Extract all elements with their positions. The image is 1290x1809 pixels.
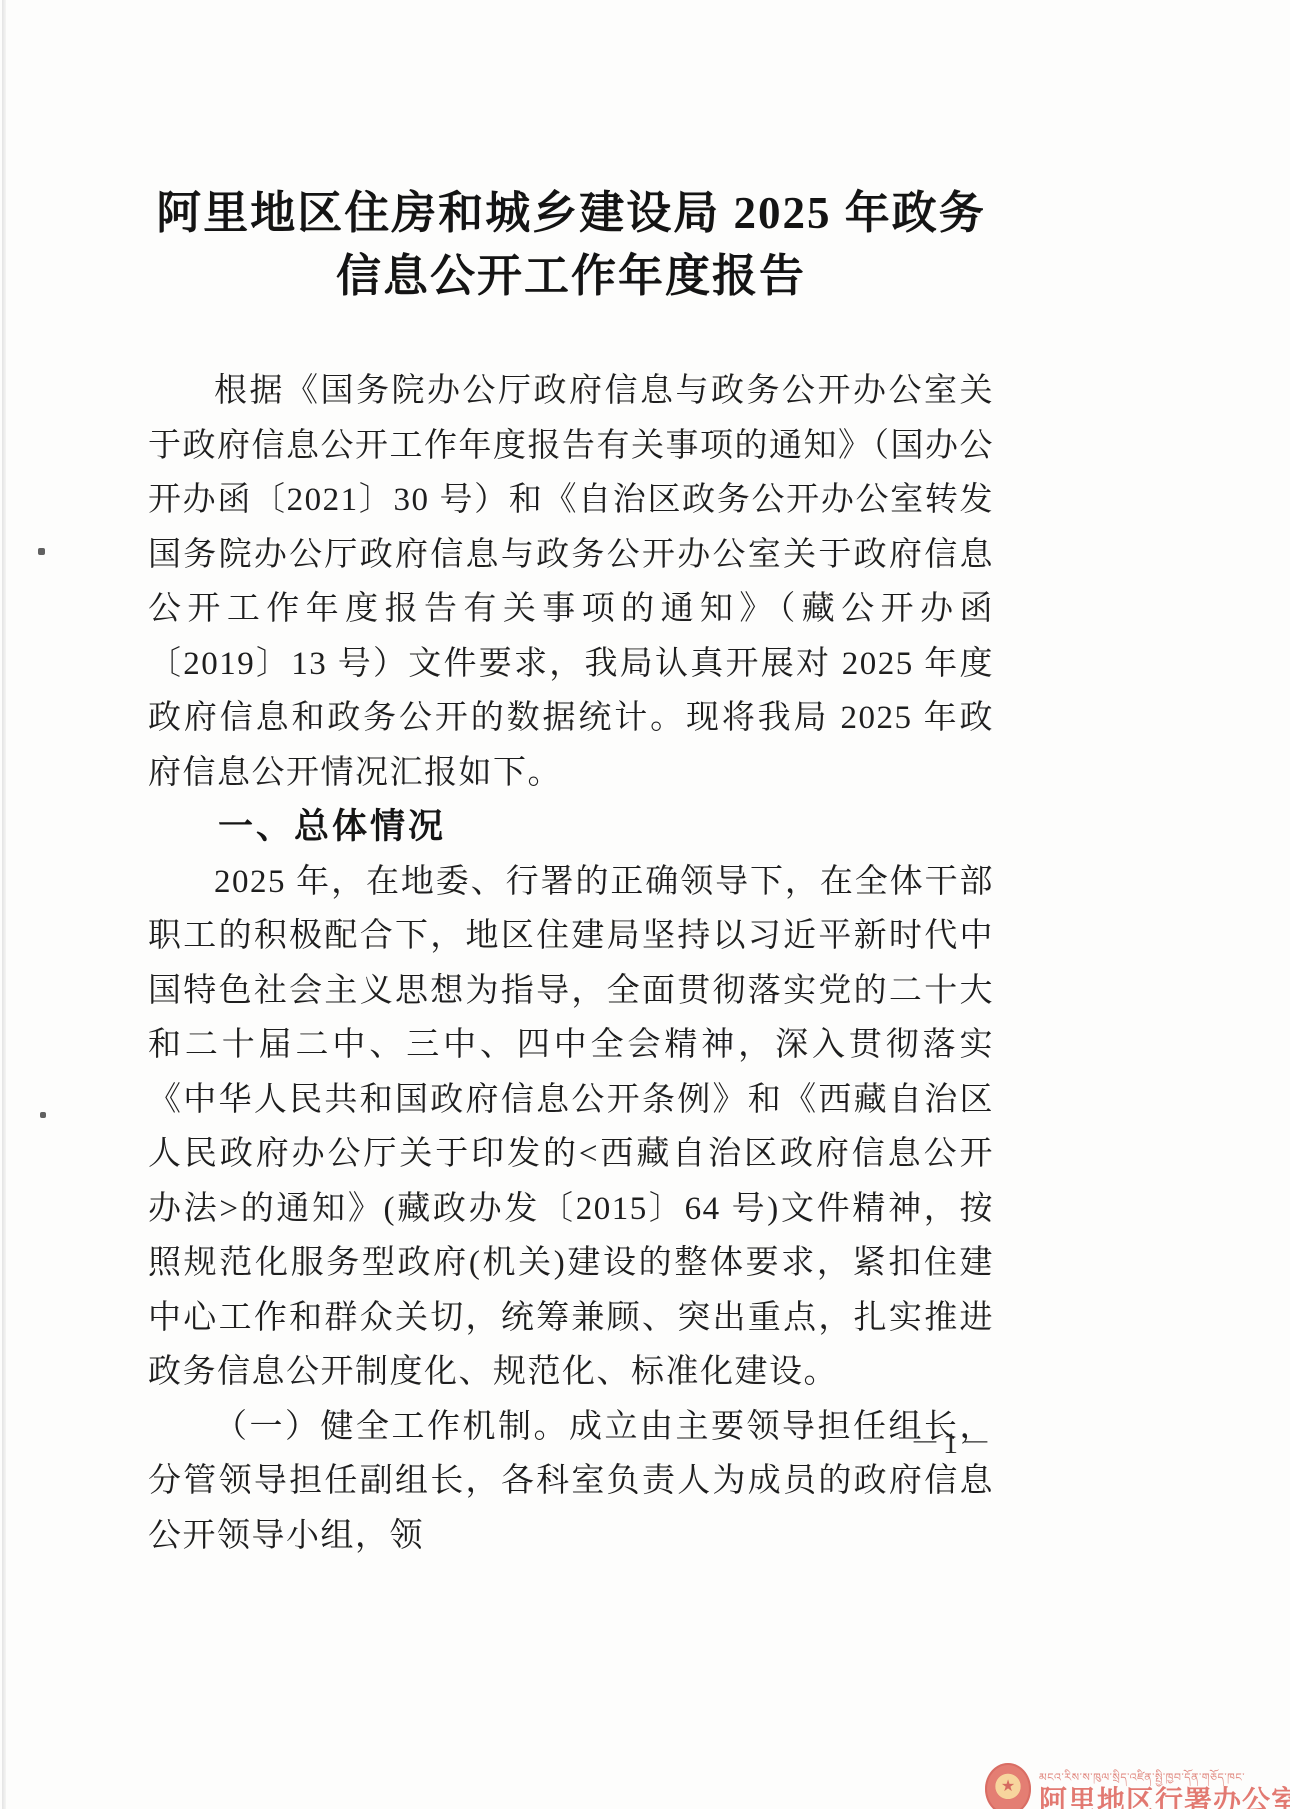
watermark-chinese-label: 阿里地区行署办公室 (1039, 1787, 1290, 1809)
national-emblem-icon (985, 1763, 1031, 1809)
document-title-line2: 信息公开工作年度报告 (148, 245, 994, 308)
watermark-tibetan-label: མངའ་རིས་ས་ཁུལ་སྲིད་འཛིན་སྤྱི་ཁྱབ་དོན་གཅོ… (1039, 1773, 1290, 1784)
document-content: 阿里地区住房和城乡建设局 2025 年政务 信息公开工作年度报告 根据《国务院办… (148, 182, 994, 1563)
scanned-document-page: 阿里地区住房和城乡建设局 2025 年政务 信息公开工作年度报告 根据《国务院办… (0, 0, 1290, 1809)
scan-speck (40, 1112, 46, 1118)
document-title-line1: 阿里地区住房和城乡建设局 2025 年政务 (148, 182, 994, 245)
section-heading: 一、总体情况 (148, 800, 994, 855)
document-title: 阿里地区住房和城乡建设局 2025 年政务 信息公开工作年度报告 (148, 182, 994, 308)
watermark-text: མངའ་རིས་ས་ཁུལ་སྲིད་འཛིན་སྤྱི་ཁྱབ་དོན་གཅོ… (1039, 1773, 1290, 1809)
scanner-edge-shadow (2, 0, 6, 1809)
scan-speck (38, 548, 45, 555)
body-paragraph: 2025 年，在地委、行署的正确领导下，在全体干部职工的积极配合下，地区住建局坚… (148, 855, 994, 1400)
page-number: －1－ (148, 1418, 994, 1462)
office-watermark: མངའ་རིས་ས་ཁུལ་སྲིད་འཛིན་སྤྱི་ཁྱབ་དོན་གཅོ… (985, 1763, 1290, 1809)
intro-paragraph: 根据《国务院办公厅政府信息与政务公开办公室关于政府信息公开工作年度报告有关事项的… (148, 364, 994, 800)
